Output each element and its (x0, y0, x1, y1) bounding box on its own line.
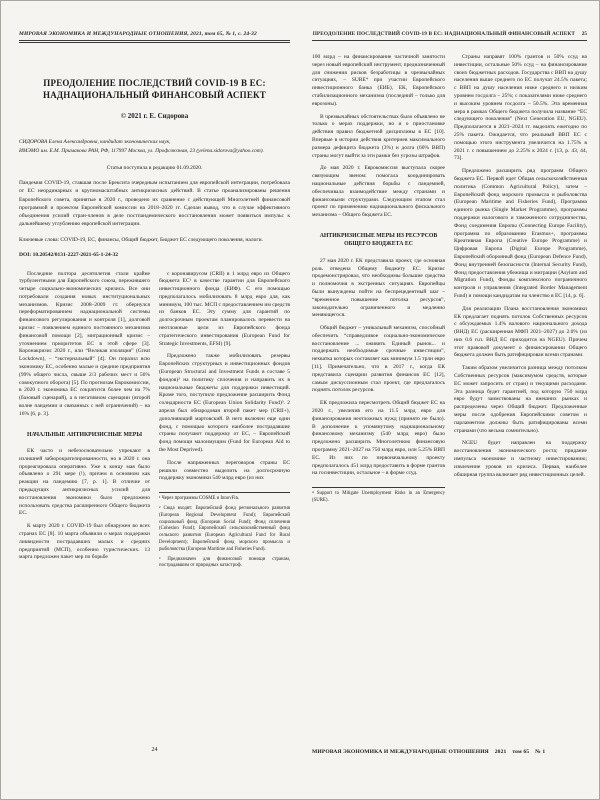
journal-bottom-footer: МИРОВАЯ ЭКОНОМИКА И МЕЖДУНАРОДНЫЕ ОТНОШЕ… (312, 749, 587, 799)
author-line1: СИДОРОВА Елена Александровна, кандидат э… (19, 138, 290, 146)
right-running-header: ПРЕОДОЛЕНИЕ ПОСЛЕДСТВИЙ COVID-19 В ЕС: Н… (312, 31, 587, 37)
section-heading-budget-measures: АНТИКРИЗИСНЫЕ МЕРЫ ИЗ РЕСУРСОВ ОБЩЕГО БЮ… (314, 232, 443, 249)
body-paragraph: NGEU будет направлен на поддержку восста… (454, 440, 587, 479)
body-paragraph: Предложено также мобилизовать резервы Ев… (159, 353, 290, 454)
journal-scan-spread: МИРОВАЯ ЭКОНОМИКА И МЕЖДУНАРОДНЫЕ ОТНОШЕ… (0, 0, 600, 800)
body-paragraph: К марту 2020 г. COVID-19 был обнаружен в… (19, 523, 150, 562)
section-heading-initial-measures: НАЧАЛЬНЫЕ АНТИКРИЗИСНЫЕ МЕРЫ (21, 431, 148, 439)
body-paragraph: ЕК предложила пересмотреть Общий бюджет … (312, 400, 445, 478)
right-page-column-1: 100 млрд – на финансирование частичной з… (312, 54, 445, 749)
header-rule-double (19, 40, 290, 43)
body-paragraph: Общий бюджет – уникальный механизм, спос… (312, 325, 445, 395)
footnote-4: ⁴ Support to Mitigate Unemployment Risks… (312, 491, 445, 505)
article-title-line1: ПРЕОДОЛЕНИЕ ПОСЛЕДСТВИЙ COVID-19 В ЕС: (19, 77, 290, 89)
article-title: ПРЕОДОЛЕНИЕ ПОСЛЕДСТВИЙ COVID-19 В ЕС: Н… (19, 77, 290, 101)
body-paragraph: До мая 2020 г. Еврокомиссия выступала ск… (312, 165, 445, 220)
header-rule-single (312, 40, 587, 41)
left-running-header: МИРОВАЯ ЭКОНОМИКА И МЕЖДУНАРОДНЫЕ ОТНОШЕ… (19, 31, 290, 37)
footnote-3: ³ Предназначен для финансовой помощи стр… (159, 557, 290, 571)
author-affiliation-block: СИДОРОВА Елена Александровна, кандидат э… (19, 138, 290, 155)
article-title-line2: НАДНАЦИОНАЛЬНЫЙ ФИНАНСОВЫЙ АСПЕКТ (19, 89, 290, 101)
footnote-2: ² Сюда входят: Европейский фонд регионал… (159, 506, 290, 554)
doi-line: DOI: 10.20542/0131-2227-2021-65-1-24-32 (19, 252, 290, 258)
body-paragraph: Для реализации Плана восстановления экон… (454, 306, 587, 361)
body-paragraph: Страны направят 100% грантов и 50% ссуд … (454, 54, 587, 163)
left-page-number: 24 (19, 747, 290, 799)
copyright-author-line: © 2021 г. Е. Сидорова (19, 112, 290, 120)
right-page-column-2: Страны направят 100% грантов и 50% ссуд … (454, 54, 587, 749)
left-page-column-2: с коронавирусом (CRII) в 1 млрд евро из … (159, 271, 290, 748)
body-paragraph: с коронавирусом (CRII) в 1 млрд евро из … (159, 271, 290, 349)
footnotes-block-right: ⁴ Support to Mitigate Unemployment Risks… (312, 487, 445, 505)
received-date-line: Статья поступила в редакцию 01.09.2020. (19, 165, 290, 171)
footnotes-block-left: ¹ Через программы COSME и InnovFin. ² Сю… (159, 492, 290, 570)
body-paragraph: Последние полтора десятилетия стали край… (19, 271, 150, 419)
keywords-line: Ключевые слова: COVID-19, ЕС, финансы, О… (19, 237, 290, 245)
body-paragraph: После напряженных переговоров страны ЕС … (159, 460, 290, 483)
abstract-text: Пандемия COVID-19, ставшая после Брексит… (19, 179, 290, 229)
footnote-1: ¹ Через программы COSME и InnovFin. (159, 496, 290, 503)
body-paragraph: В чрезвычайных обстоятельствах было объя… (312, 114, 445, 161)
body-paragraph: ЕК часто и небезосновательно упрекают в … (19, 448, 150, 518)
left-page-column-1: Последние полтора десятилетия стали край… (19, 271, 150, 748)
right-page-columns: 100 млрд – на финансирование частичной з… (312, 54, 587, 749)
right-running-header-text: ПРЕОДОЛЕНИЕ ПОСЛЕДСТВИЙ COVID-19 В ЕС: Н… (312, 31, 576, 37)
left-page-columns: Последние полтора десятилетия стали край… (19, 271, 290, 748)
page-left: МИРОВАЯ ЭКОНОМИКА И МЕЖДУНАРОДНЫЕ ОТНОШЕ… (1, 1, 300, 799)
author-line2: ИМЭМО им. Е.М. Примакова РАН, РФ, 117997… (19, 147, 290, 155)
body-paragraph: 27 мая 2020 г. ЕК представила проект, гд… (312, 258, 445, 320)
body-paragraph: Предложено расширить ряд программ Общего… (454, 168, 587, 301)
body-paragraph: Таким образом увеличится разница между п… (454, 365, 587, 435)
body-paragraph: 100 млрд – на финансирование частичной з… (312, 54, 445, 109)
page-right: ПРЕОДОЛЕНИЕ ПОСЛЕДСТВИЙ COVID-19 В ЕС: Н… (300, 1, 599, 799)
right-page-number: 25 (582, 31, 587, 37)
